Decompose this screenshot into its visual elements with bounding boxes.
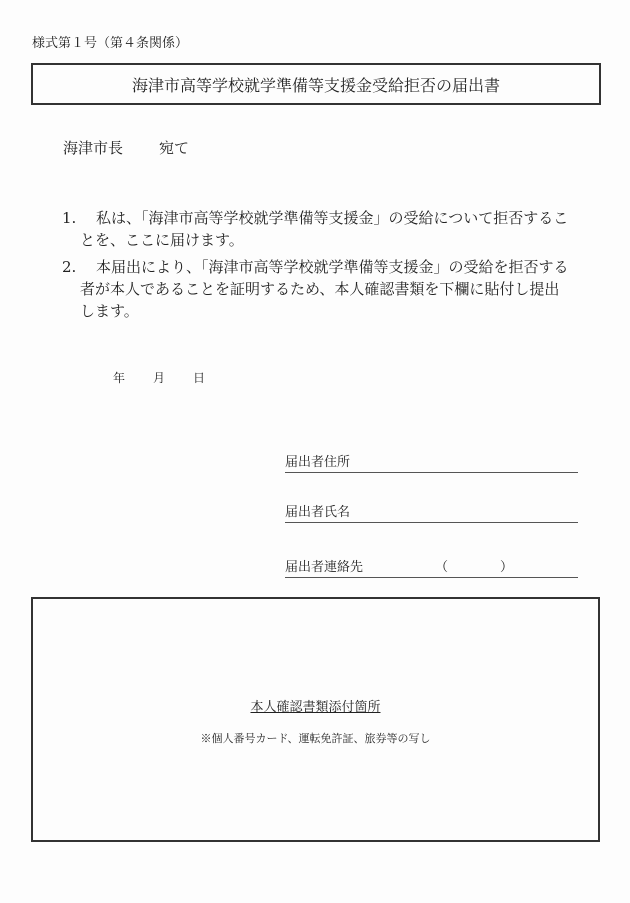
document-title-box: 海津市高等学校就学準備等支援金受給拒否の届出書 [31,63,601,105]
name-label: 届出者氏名 [285,505,350,520]
form-number: 様式第１号（第４条関係） [32,32,188,51]
addressee-name: 海津市長 [63,139,123,157]
item-number: 2. [62,256,76,278]
statement-item-1: 1. 私は、「海津市高等学校就学準備等支援金」の受給について拒否することを、ここ… [62,207,572,251]
document-title: 海津市高等学校就学準備等支援金受給拒否の届出書 [132,73,500,96]
date-month[interactable]: 月 [153,371,165,385]
item-text: 私は、「海津市高等学校就学準備等支援金」の受給について拒否することを、ここに届け… [62,207,572,251]
id-document-attachment-area: 本人確認書類添付箇所 ※個人番号カード、運転免許証、旅券等の写し [31,597,600,842]
address-field[interactable]: 届出者住所 [285,454,578,473]
addressee-suffix: 宛て [159,139,189,157]
attachment-title: 本人確認書類添付箇所 [33,696,598,715]
date-year[interactable]: 年 [113,371,125,385]
contact-label: 届出者連絡先 [285,560,363,575]
date-line: 年月日 [113,369,233,386]
statement-item-2: 2. 本届出により、「海津市高等学校就学準備等支援金」の受給を拒否する者が本人で… [62,256,572,322]
item-text: 本届出により、「海津市高等学校就学準備等支援金」の受給を拒否する者が本人であるこ… [62,256,572,322]
attachment-note: ※個人番号カード、運転免許証、旅券等の写し [33,730,598,746]
addressee: 海津市長宛て [63,137,189,158]
contact-field[interactable]: 届出者連絡先 （ ） [285,559,578,578]
address-label: 届出者住所 [285,455,350,470]
date-day[interactable]: 日 [193,371,205,385]
phone-area-code-paren: （ ） [435,559,513,577]
item-number: 1. [62,207,76,229]
name-field[interactable]: 届出者氏名 [285,504,578,523]
